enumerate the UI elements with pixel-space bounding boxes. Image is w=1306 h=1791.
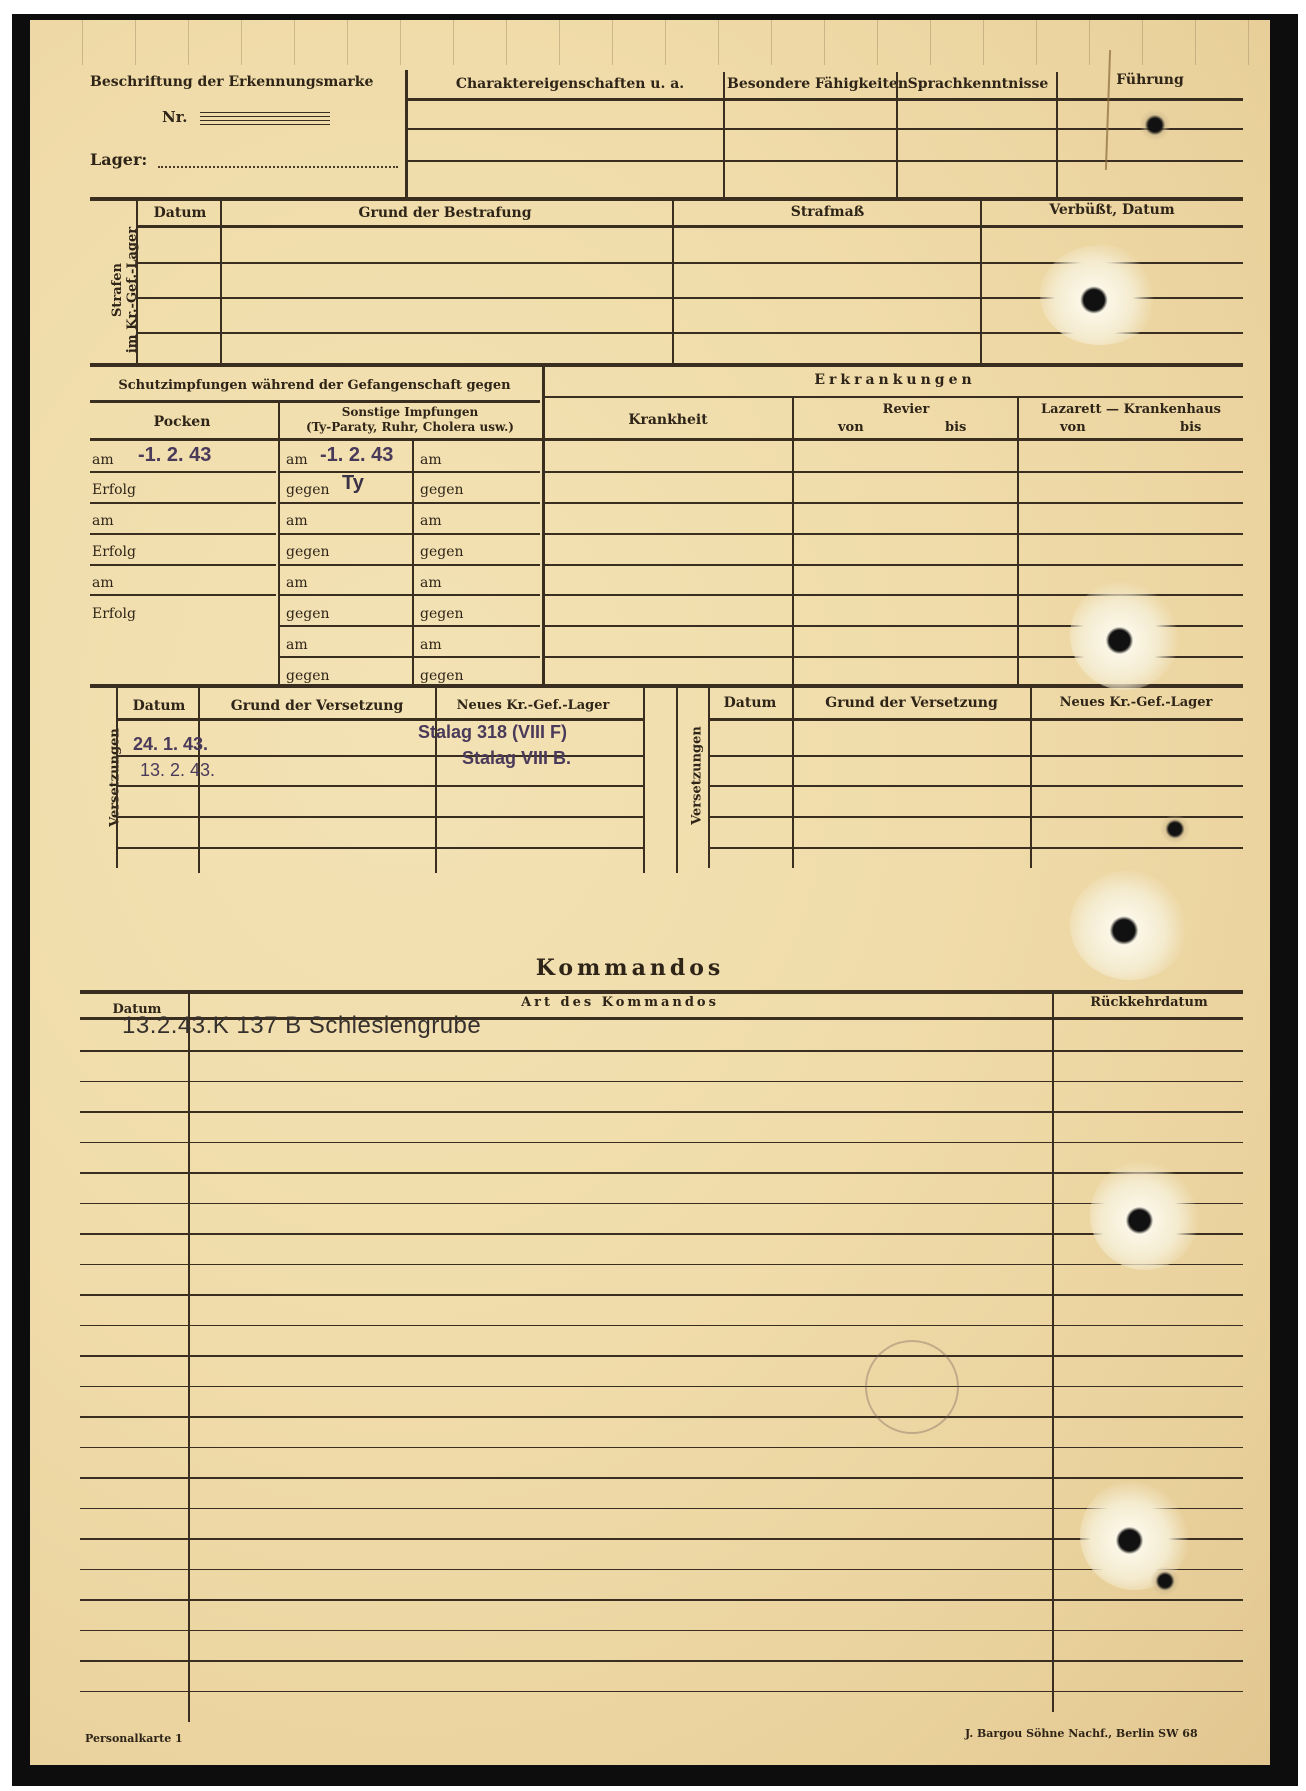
pocken-erfolg-2: Erfolg [92, 544, 136, 560]
kommando-row-line[interactable] [80, 1508, 1243, 1510]
pocken-am-3: am [92, 575, 114, 591]
strafen-col-grund: Grund der Bestrafung [225, 205, 665, 221]
kommando-row-line[interactable] [80, 1233, 1243, 1235]
kommando-row-line[interactable] [80, 1203, 1243, 1205]
erkrankung-row-line[interactable] [545, 533, 1243, 535]
sonstige-am-1: am [286, 452, 308, 468]
lazarett-header: Lazarett — Krankenhaus [1020, 402, 1242, 417]
versetzungen-right-side-label: Versetzungen [690, 721, 705, 831]
sonstige2-gegen-1: gegen [420, 482, 464, 498]
kommando-row-line[interactable] [80, 1447, 1243, 1449]
erkrankungen-title: Erkrankungen [550, 372, 1240, 388]
kommando-row-line[interactable] [80, 1386, 1243, 1388]
pocken-erfolg-1: Erfolg [92, 482, 136, 498]
versetzung-lager-2: Stalag VIII B. [462, 748, 571, 769]
charakter-line[interactable] [408, 160, 1243, 162]
punch-hole [1160, 814, 1190, 844]
sonstige2-am-3: am [420, 575, 442, 591]
faded-round-stamp [865, 1340, 959, 1434]
kommando-entry-1: 13.2.43.K 137 B Schlesiengrube [122, 1012, 481, 1040]
lager-label: Lager: [90, 150, 147, 169]
kommandos-title: Kommandos [430, 955, 830, 981]
revier-header: Revier [795, 402, 1017, 417]
kommando-row-line[interactable] [80, 1081, 1243, 1083]
versetzung-datum-1: 24. 1. 43. [133, 734, 208, 755]
sonstige-am-4: am [286, 637, 308, 653]
kommando-row-line[interactable] [80, 1325, 1243, 1327]
kommando-row-line[interactable] [80, 1142, 1243, 1144]
pencil-mark [1105, 50, 1111, 170]
sonstige-am-2: am [286, 513, 308, 529]
sonstige2-gegen-3: gegen [420, 606, 464, 622]
sonstige2-am-4: am [420, 637, 442, 653]
sonstige2-gegen-4: gegen [420, 668, 464, 684]
vers-right-row-line[interactable] [710, 755, 1243, 757]
form-name: Personalkarte 1 [85, 1732, 183, 1745]
strafen-col-datum: Datum [140, 205, 220, 221]
punch-hole [1090, 1160, 1200, 1270]
pocken-erfolg-3: Erfolg [92, 606, 136, 622]
punch-hole [1150, 1566, 1180, 1596]
kommando-row-line[interactable] [80, 1355, 1243, 1357]
vers-right-col-grund: Grund der Versetzung [794, 695, 1029, 711]
erkrankung-row-line[interactable] [545, 502, 1243, 504]
sonstige-gegen-2: gegen [286, 544, 330, 560]
vers-right-row-line[interactable] [710, 847, 1243, 849]
kommando-row-line[interactable] [80, 1477, 1243, 1479]
vers-left-col-lager: Neues Kr.-Gef.-Lager [438, 698, 628, 713]
kommando-row-line[interactable] [80, 1538, 1243, 1540]
vers-left-col-grund: Grund der Versetzung [202, 698, 432, 714]
versetzung-lager-1: Stalag 318 (VIII F) [418, 722, 567, 743]
kommando-row-line[interactable] [80, 1111, 1243, 1113]
punch-hole [1140, 108, 1170, 142]
vers-left-row-line[interactable] [118, 785, 643, 787]
faehigkeiten-title: Besondere Fähigkeiten [727, 76, 895, 92]
punch-hole [1070, 580, 1180, 690]
kommando-row-line[interactable] [80, 1630, 1243, 1632]
sonstige-gegen-4: gegen [286, 668, 330, 684]
kommando-row-line[interactable] [80, 1264, 1243, 1266]
printer-imprint: J. Bargou Söhne Nachf., Berlin SW 68 [965, 1727, 1198, 1740]
fuehrung-title: Führung [1060, 72, 1240, 88]
charakter-title: Charaktereigenschaften u. a. [410, 76, 730, 92]
lazarett-bis: bis [1180, 420, 1201, 435]
vers-right-row-line[interactable] [710, 816, 1243, 818]
kommando-row-line[interactable] [80, 1050, 1243, 1052]
erkennungsmarke-title: Beschriftung der Erkennungsmarke [90, 74, 340, 90]
vers-right-row-line[interactable] [710, 785, 1243, 787]
impfungen-title: Schutzimpfungen während der Gefangenscha… [92, 378, 537, 393]
sonstige-gegen-1: gegen [286, 482, 330, 498]
vers-left-row-line[interactable] [118, 847, 643, 849]
sprachkenntnisse-title: Sprachkenntnisse [898, 76, 1058, 92]
sonstige-gegen-3: gegen [286, 606, 330, 622]
pocken-am-2: am [92, 513, 114, 529]
pocken-header: Pocken [92, 414, 272, 430]
sonstige-header: Sonstige Impfungen (Ty-Paraty, Ruhr, Cho… [280, 405, 540, 435]
nr-field[interactable] [200, 110, 330, 126]
kommando-row-line[interactable] [80, 1172, 1243, 1174]
lazarett-von: von [1060, 420, 1086, 435]
punch-hole [1070, 870, 1190, 980]
sonstige2-am-2: am [420, 513, 442, 529]
nr-label: Nr. [162, 108, 187, 126]
bleed-through-strip [30, 20, 1270, 65]
pocken-date-stamp: -1. 2. 43 [138, 444, 211, 467]
kommandos-col-art: Art des Kommandos [190, 995, 1050, 1010]
pocken-am-1: am [92, 452, 114, 468]
vers-right-col-datum: Datum [710, 695, 790, 711]
sonstige-gegen-value: Ty [342, 472, 364, 495]
punch-hole [1040, 245, 1160, 345]
krankheit-header: Krankheit [548, 412, 788, 428]
strafen-col-verbuesst: Verbüßt, Datum [982, 202, 1242, 218]
sonstige-date-stamp: -1. 2. 43 [320, 444, 393, 467]
kommando-row-line[interactable] [80, 1569, 1243, 1571]
vers-left-row-line[interactable] [118, 816, 643, 818]
erkrankung-row-line[interactable] [545, 471, 1243, 473]
charakter-line[interactable] [408, 128, 1243, 130]
sonstige2-am-1: am [420, 452, 442, 468]
vers-right-col-lager: Neues Kr.-Gef.-Lager [1032, 695, 1240, 710]
versetzung-datum-2: 13. 2. 43. [140, 760, 215, 781]
kommando-row-line[interactable] [80, 1294, 1243, 1296]
kommandos-col-rueckkehr: Rückkehrdatum [1055, 995, 1243, 1010]
revier-von: von [838, 420, 864, 435]
kommando-row-line[interactable] [80, 1660, 1243, 1662]
kommando-row-line[interactable] [80, 1691, 1243, 1693]
vers-left-col-datum: Datum [120, 698, 198, 714]
personalkarte-document: Beschriftung der Erkennungsmarke Nr. Lag… [30, 20, 1270, 1765]
kommando-row-line[interactable] [80, 1416, 1243, 1418]
lager-field[interactable] [158, 166, 398, 168]
sonstige-am-3: am [286, 575, 308, 591]
strafen-col-strafmass: Strafmaß [675, 204, 980, 220]
sonstige2-gegen-2: gegen [420, 544, 464, 560]
erkrankung-row-line[interactable] [545, 564, 1243, 566]
revier-bis: bis [945, 420, 966, 435]
kommando-row-line[interactable] [80, 1599, 1243, 1601]
